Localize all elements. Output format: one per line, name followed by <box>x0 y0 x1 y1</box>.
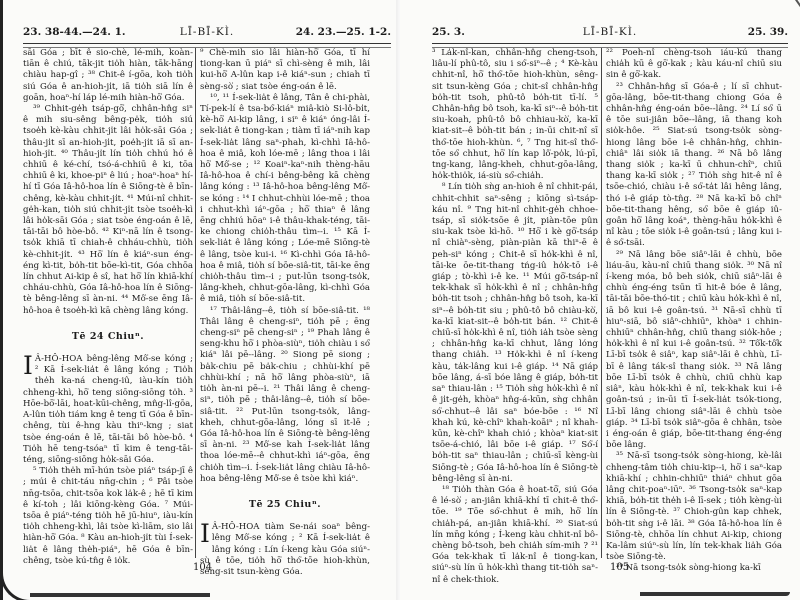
verse-block: ¹⁰, ¹¹ Í-sek-lia̍t ê lâng, Tân ê chi-phà… <box>200 93 370 306</box>
right-page-column-2: ²² Poeh-nî chèng-tsoh iáu-kú thang chia̍… <box>606 48 782 575</box>
verse-block: Â-HÔ-HOA tiàm Se-nái soaⁿ bêng-lêng Mô͘-… <box>200 522 370 577</box>
verse-block: ³⁵ Nā-sī tsong-tso̍k sòng-hiong, kè-lâi … <box>606 451 782 563</box>
column-divider <box>195 48 196 558</box>
verse-block: ⁸ Lín tio̍h sǹg an-hioh ê nî chhit-pái, … <box>432 182 598 484</box>
right-page: 25. 3. LĪ-BĪ-KÌ. 25. 39. ³ La̍k-nî-kan, … <box>400 0 800 600</box>
page-edge-shadow <box>30 593 210 597</box>
verse-block: ¹⁸ Tio̍h thàn Góa ê hoat-tō͘, siú Góa ê … <box>432 485 598 586</box>
page-number: 104 <box>193 562 212 573</box>
right-header-range-end: 25. 39. <box>748 26 788 38</box>
right-page-header: 25. 3. LĪ-BĪ-KÌ. 25. 39. <box>432 26 788 40</box>
left-page-column-1: sāi Góa ; bīt ê sio-chè, lé-mih, koàn-ti… <box>23 48 193 567</box>
right-header-title: LĪ-BĪ-KÌ. <box>432 26 788 38</box>
page-edge-shadow <box>640 592 790 596</box>
verse-block: ²³ Chhân-hn̂g sī Góa-ê ; lí sī chhut-gōa… <box>606 82 782 250</box>
chapter-heading: Tē 25 Chiuⁿ. <box>200 499 370 510</box>
book-spread: 23. 38-44.—24. 1. LĪ-BĪ-KÌ. 24. 23.—25. … <box>0 0 800 600</box>
chapter-heading: Tē 24 Chiuⁿ. <box>23 331 193 342</box>
verse-block: ¹⁷ Thâi-lâng--ê, tio̍h sí bōe-siâ-tit. ¹… <box>200 306 370 485</box>
verse-block: Â-HÔ-HOA bêng-lêng Mô͘-se kóng ; ² Kā Í-… <box>23 354 193 465</box>
verse-block: ³⁹ Chhit-ge̍h tsáp-gō͘, chhân-hn̂g siⁿ ê… <box>23 104 193 317</box>
drop-cap: I <box>200 523 210 545</box>
verse-block: ²² Poeh-nî chèng-tsoh iáu-kú thang chia̍… <box>606 48 782 82</box>
verse-block: ³ La̍k-nî-kan, chhân-hn̂g cheng-tsoh, li… <box>432 48 598 182</box>
verse-block: ²⁹ Nā lâng bōe siâⁿ-lāi ê chhù, bōe liáu… <box>606 250 782 452</box>
verse-block: ⁹ Chè-mih sio lâi hiàn-hō͘ Góa, tī hí ti… <box>200 48 370 93</box>
left-page-column-2: ⁹ Chè-mih sio lâi hiàn-hō͘ Góa, tī hí ti… <box>200 48 370 578</box>
verse-block: ³⁹ Nā tsong-tso̍k sòng-hiong ka-kī <box>606 563 782 574</box>
column-divider <box>601 48 602 558</box>
drop-cap: I <box>23 355 33 377</box>
right-page-column-1: ³ La̍k-nî-kan, chhân-hn̂g cheng-tsoh, li… <box>432 48 598 586</box>
left-page: 23. 38-44.—24. 1. LĪ-BĪ-KÌ. 24. 23.—25. … <box>0 0 403 600</box>
left-header-range-end: 24. 23.—25. 1-2. <box>296 26 391 38</box>
left-page-header: 23. 38-44.—24. 1. LĪ-BĪ-KÌ. 24. 23.—25. … <box>23 26 391 40</box>
verse-block: sāi Góa ; bīt ê sio-chè, lé-mih, koàn-ti… <box>23 48 193 104</box>
page-number: 105 <box>610 562 629 573</box>
verse-block: ⁵ Tio̍h the̍h mī-hún tsòe piáⁿ tsáp-jī ê… <box>23 466 193 567</box>
